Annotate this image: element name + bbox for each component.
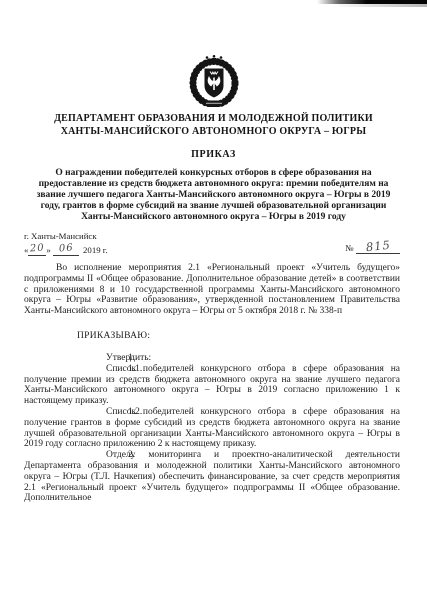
order-subject: О награждении победителей конкурсных отб… (35, 168, 393, 223)
order-item-2: 2.Отделу мониторинга и проектно-аналитич… (24, 450, 400, 504)
handwritten-day: 20 (30, 243, 45, 255)
date-month-blank: 06 (53, 244, 79, 256)
date-year: 2019 г. (83, 245, 108, 255)
document-page: ДЕПАРТАМЕНТ ОБРАЗОВАНИЯ И МОЛОДЕЖНОЙ ПОЛ… (0, 0, 427, 599)
item-text: Утвердить: (106, 353, 151, 363)
org-name-line1: ДЕПАРТАМЕНТ ОБРАЗОВАНИЯ И МОЛОДЕЖНОЙ ПОЛ… (0, 112, 427, 125)
date-line: «20» 062019 г. (24, 244, 108, 256)
item-number: 1.1. (76, 364, 106, 375)
order-item-1-1: 1.1.Список победителей конкурсного отбор… (24, 364, 400, 407)
date-day-blank: 20 (28, 244, 46, 256)
coat-of-arms-icon (184, 55, 244, 107)
document-type-title: ПРИКАЗ (0, 148, 427, 161)
handwritten-number: 815 (365, 240, 391, 254)
place-date-block: г. Ханты-Мансийск «20» 062019 г. (24, 231, 108, 256)
order-items: 1.Утвердить: 1.1.Список победителей конк… (24, 353, 400, 504)
order-item-1-2: 1.2.Список победителей конкурсного отбор… (24, 407, 400, 450)
item-number: 1. (76, 353, 106, 364)
order-word: ПРИКАЗЫВАЮ: (77, 331, 427, 342)
item-number: 1.2. (76, 407, 106, 418)
org-name: ДЕПАРТАМЕНТ ОБРАЗОВАНИЯ И МОЛОДЕЖНОЙ ПОЛ… (0, 112, 427, 138)
item-number: 2. (76, 450, 106, 461)
place-date-number-row: г. Ханты-Мансийск «20» 062019 г. № 815 (24, 231, 400, 256)
number-blank: 815 (356, 242, 400, 254)
number-label: № (345, 243, 353, 253)
order-number-block: № 815 (345, 242, 400, 256)
place-label: г. Ханты-Мансийск (24, 231, 108, 242)
quote-close: » (46, 245, 50, 255)
order-item-1: 1.Утвердить: (24, 353, 400, 364)
scan-artifact-smear (332, 4, 427, 7)
handwritten-month: 06 (58, 243, 73, 255)
preamble-paragraph: Во исполнение мероприятия 2.1 «Региональ… (24, 263, 400, 317)
org-name-line2: ХАНТЫ-МАНСИЙСКОГО АВТОНОМНОГО ОКРУГА – Ю… (0, 125, 427, 138)
